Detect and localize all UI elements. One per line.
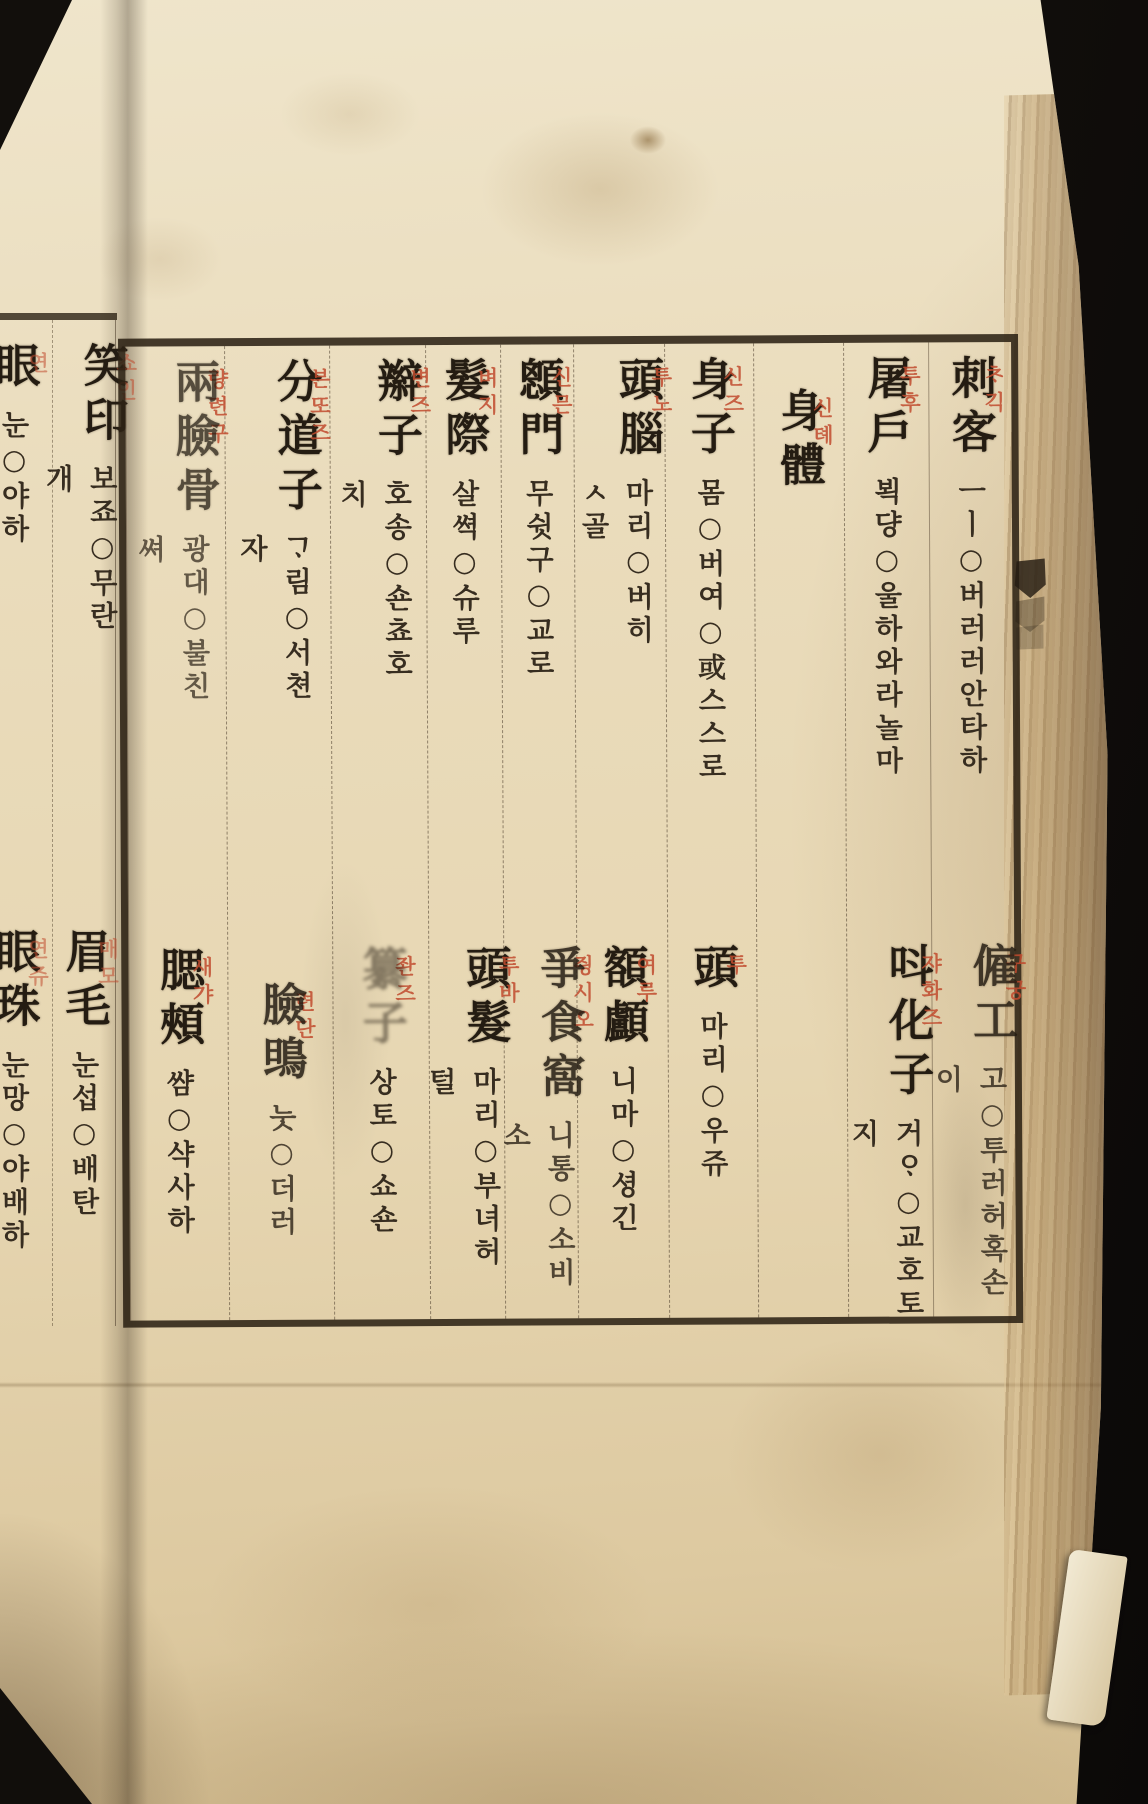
pron-annotation: 변즈 <box>405 367 435 421</box>
glossary-entry: 변즈 辮子호송○숀쵸호 치 <box>333 357 424 682</box>
glossary-entry: 여루 額顱니마○셩긴 <box>596 944 651 1236</box>
glossary-entry: 투 頭마리○우쥬 <box>685 943 739 1181</box>
entry-slot: 투바 頭髮마리○부녀허 털 <box>429 945 505 1270</box>
entry-gloss-side: 지 <box>844 943 882 1322</box>
pron-annotation: 신톄 <box>807 397 837 451</box>
text-column: 투후 屠戶뵉댱○울하와라놀마 쟈화즈 呌化子거ᄋᆞ○교호토 지 <box>843 342 933 1316</box>
text-column: 븐또즈 分道子ᄀᆞ림○서쳔 자 련단 臉鴠눗○더러 <box>224 346 334 1321</box>
entry-slot: 신즈 身子몸○버여○或스스로 <box>665 355 756 784</box>
entry-gloss: 눈○야하 <box>0 410 31 547</box>
pron-annotation: 투노 <box>646 366 676 420</box>
column-grid: ᄎᆞ긱 刺客ㅡㅣ○버러러안타하 구궁 僱工고○투러허혹손 이 <box>125 342 1016 1321</box>
entry-headword: 兩臉骨 <box>167 358 221 520</box>
entry-slot: 쇼인 笑印보죠○무란 개 <box>53 342 115 634</box>
entry-gloss: 보죠○무란 <box>86 464 119 634</box>
pron-annotation: ᄎᆞ긱 <box>979 364 1009 418</box>
entry-text: 纂子상토○쇼숀 <box>354 945 409 1237</box>
fishtail-ornament <box>1010 557 1047 654</box>
entry-headword: 僱工 <box>965 942 1019 1050</box>
right-page-frame: ᄎᆞ긱 刺客ㅡㅣ○버러러안타하 구궁 僱工고○투러허혹손 이 <box>118 334 1023 1328</box>
text-column: 쇼인 笑印보죠○무란 개 매모 眉毛눈섭○배탄 <box>52 320 116 1326</box>
entry-gloss: 고○투러허혹손 <box>975 1064 1009 1300</box>
pron-annotation: 신즈 <box>718 365 748 419</box>
entry-headword: 爭食窩 <box>532 944 586 1106</box>
entry-text: 臉鴠눗○더러 <box>254 981 308 1240</box>
glossary-entry: 련단 臉鴠눗○더러 <box>254 981 308 1240</box>
glossary-entry: 량련구 兩臉骨광대○불친 쎠 <box>130 358 221 704</box>
text-column: 신톄 身體 <box>753 343 848 1317</box>
entry-gloss: 상토○쇼숀 <box>365 1067 399 1237</box>
entry-gloss: 썀○샥사하 <box>162 1068 196 1238</box>
pron-annotation: 신믄 <box>546 366 576 420</box>
entry-gloss: 눈섭○배탄 <box>68 1050 101 1220</box>
entry-gloss: 광대○불친 <box>178 534 212 704</box>
entry-gloss: 뵉댱○울하와라놀마 <box>870 477 905 779</box>
text-column: ᄎᆞ긱 刺客ㅡㅣ○버러러안타하 구궁 僱工고○투러허혹손 이 <box>928 342 1016 1316</box>
entry-gloss: 니통○소비 <box>543 1120 577 1290</box>
entry-slot: 변즈 辮子호송○숀쵸호 치 <box>330 357 426 682</box>
entry-slot: 투후 屠戶뵉댱○울하와라놀마 <box>844 354 930 778</box>
entry-slot: 투 頭마리○우쥬 <box>668 943 758 1181</box>
glossary-entry: 븐또즈 分道子ᄀᆞ림○서쳔 자 <box>233 358 324 704</box>
glossary-entry: 쟈화즈 呌化子거ᄋᆞ○교호토 지 <box>844 942 935 1321</box>
text-column: 량련구 兩臉骨광대○불친 쎠 새갸 腮頰썀○샥사하 <box>125 346 229 1321</box>
entry-slot: ᄎᆞ긱 刺客ㅡㅣ○버러러안타하 <box>929 354 1014 778</box>
entry-gloss-side: 치 <box>333 357 371 682</box>
entry-gloss: 마리○우쥬 <box>696 1012 730 1182</box>
entry-slot: 매모 眉毛눈섭○배탄 <box>53 928 115 1220</box>
entry-headword: 纂子 <box>354 945 408 1053</box>
entry-slot: 투노 頭腦마리○버히 ㅅ골 <box>574 356 665 648</box>
entry-gloss: 몸○버여○或스스로 <box>693 478 728 785</box>
entry-gloss: 마리○버히 <box>621 478 655 648</box>
pron-annotation: 벼지 <box>472 367 502 421</box>
pron-annotation: 투후 <box>894 364 924 418</box>
glossary-entry: 투노 頭腦마리○버히 ㅅ골 <box>574 356 665 648</box>
entry-gloss-side: 개 <box>39 342 75 634</box>
section-header: 신톄 身體 <box>772 387 826 495</box>
glossary-entry: 매모 眉毛눈섭○배탄 <box>57 928 110 1220</box>
entry-slot: 신믄 顖門무쉿구○교로 <box>502 356 576 681</box>
pron-annotation: 쟈화즈 <box>916 952 946 1033</box>
glossary-entry: 벼지 髮際살쎡○슈루 <box>437 357 492 649</box>
glossary-entry: 신즈 身子몸○버여○或스스로 <box>682 355 737 784</box>
entry-slot: 쟈화즈 呌化子거ᄋᆞ○교호토 지 <box>847 942 933 1321</box>
glossary-entry: 좐즈 纂子상토○쇼숀 <box>354 945 409 1237</box>
entry-slot: 련단 臉鴠눗○더러 <box>229 981 335 1241</box>
entry-gloss: 니마○셩긴 <box>606 1066 640 1236</box>
entry-gloss: 호송○숀쵸호 <box>380 479 414 682</box>
entry-slot: 신톄 身體 <box>754 387 843 495</box>
text-column: 벼지 髮際살쎡○슈루 투바 頭髮마리○부녀허 털 <box>425 345 506 1319</box>
glossary-entry: 연쥬 眼珠눈망○야배하 <box>0 928 41 1253</box>
entry-slot: 븐또즈 分道子ᄀᆞ림○서쳔 자 <box>225 358 331 705</box>
glossary-entry: 연 眼눈○야하 <box>0 342 41 547</box>
pron-annotation: 연쥬 <box>23 938 53 992</box>
entry-gloss: 무쉿구○교로 <box>522 478 556 681</box>
entry-gloss: 눗○더러 <box>265 1103 299 1240</box>
entry-slot: 새갸 腮頰썀○샥사하 <box>129 946 229 1239</box>
glossary-entry: 투후 屠戶뵉댱○울하와라놀마 <box>859 355 914 779</box>
entry-gloss-side: 자 <box>233 358 271 704</box>
glossary-entry: 신믄 顖門무쉿구○교로 <box>511 356 566 681</box>
entry-slot: 량련구 兩臉骨광대○불친 쎠 <box>126 358 226 705</box>
entry-headword: 臉鴠 <box>254 981 308 1089</box>
text-column: 신즈 身子몸○버여○或스스로 투 頭마리○우쥬 <box>664 343 759 1317</box>
pron-annotation: 여루 <box>631 954 661 1008</box>
entry-slot: 좐즈 纂子상토○쇼숀 <box>334 945 430 1237</box>
entry-gloss: 살쎡○슈루 <box>447 479 481 649</box>
pron-annotation: 투 <box>721 953 751 980</box>
glossary-entry: 투바 頭髮마리○부녀허 털 <box>422 945 513 1270</box>
entry-gloss: 마리○부녀허 <box>469 1067 503 1270</box>
entry-gloss-side: ㅅ골 <box>574 356 612 648</box>
entry-gloss: ㅡㅣ○버러러안타하 <box>954 476 989 778</box>
entry-text: 身子몸○버여○或스스로 <box>682 355 737 784</box>
entry-slot: 벼지 髮際살쎡○슈루 <box>426 357 502 649</box>
book-photograph: 연 眼눈○야하 연쥬 眼珠눈망○야배하 쇼인 <box>0 0 1148 1804</box>
entry-text: 兩臉骨광대○불친 쎠 <box>130 358 221 704</box>
entry-gloss: 거ᄋᆞ○교호토 <box>891 1119 925 1322</box>
entry-slot: 연쥬 眼珠눈망○야배하 <box>0 928 50 1253</box>
text-column: 변즈 辮子호송○숀쵸호 치 좐즈 纂子상토○쇼숀 <box>329 345 430 1319</box>
pron-annotation: 븐또즈 <box>304 368 334 449</box>
entry-gloss: 눈망○야배하 <box>0 1050 31 1253</box>
left-page-strip: 연 眼눈○야하 연쥬 眼珠눈망○야배하 쇼인 <box>0 313 117 1326</box>
entry-gloss: ᄀᆞ림○서쳔 <box>280 534 314 704</box>
entry-gloss-side: 쎠 <box>130 358 168 704</box>
pron-annotation: 매모 <box>93 938 123 992</box>
glossary-entry: 새갸 腮頰썀○샥사하 <box>152 946 207 1238</box>
glossary-entry: 쇼인 笑印보죠○무란 개 <box>39 342 128 634</box>
glossary-entry: ᄎᆞ긱 刺客ㅡㅣ○버러러안타하 <box>943 354 998 778</box>
text-column: 투노 頭腦마리○버히 ㅅ골 여루 額顱니마○셩긴 <box>573 344 668 1318</box>
pron-annotation: 새갸 <box>187 956 217 1010</box>
pron-annotation: 투바 <box>493 955 523 1009</box>
